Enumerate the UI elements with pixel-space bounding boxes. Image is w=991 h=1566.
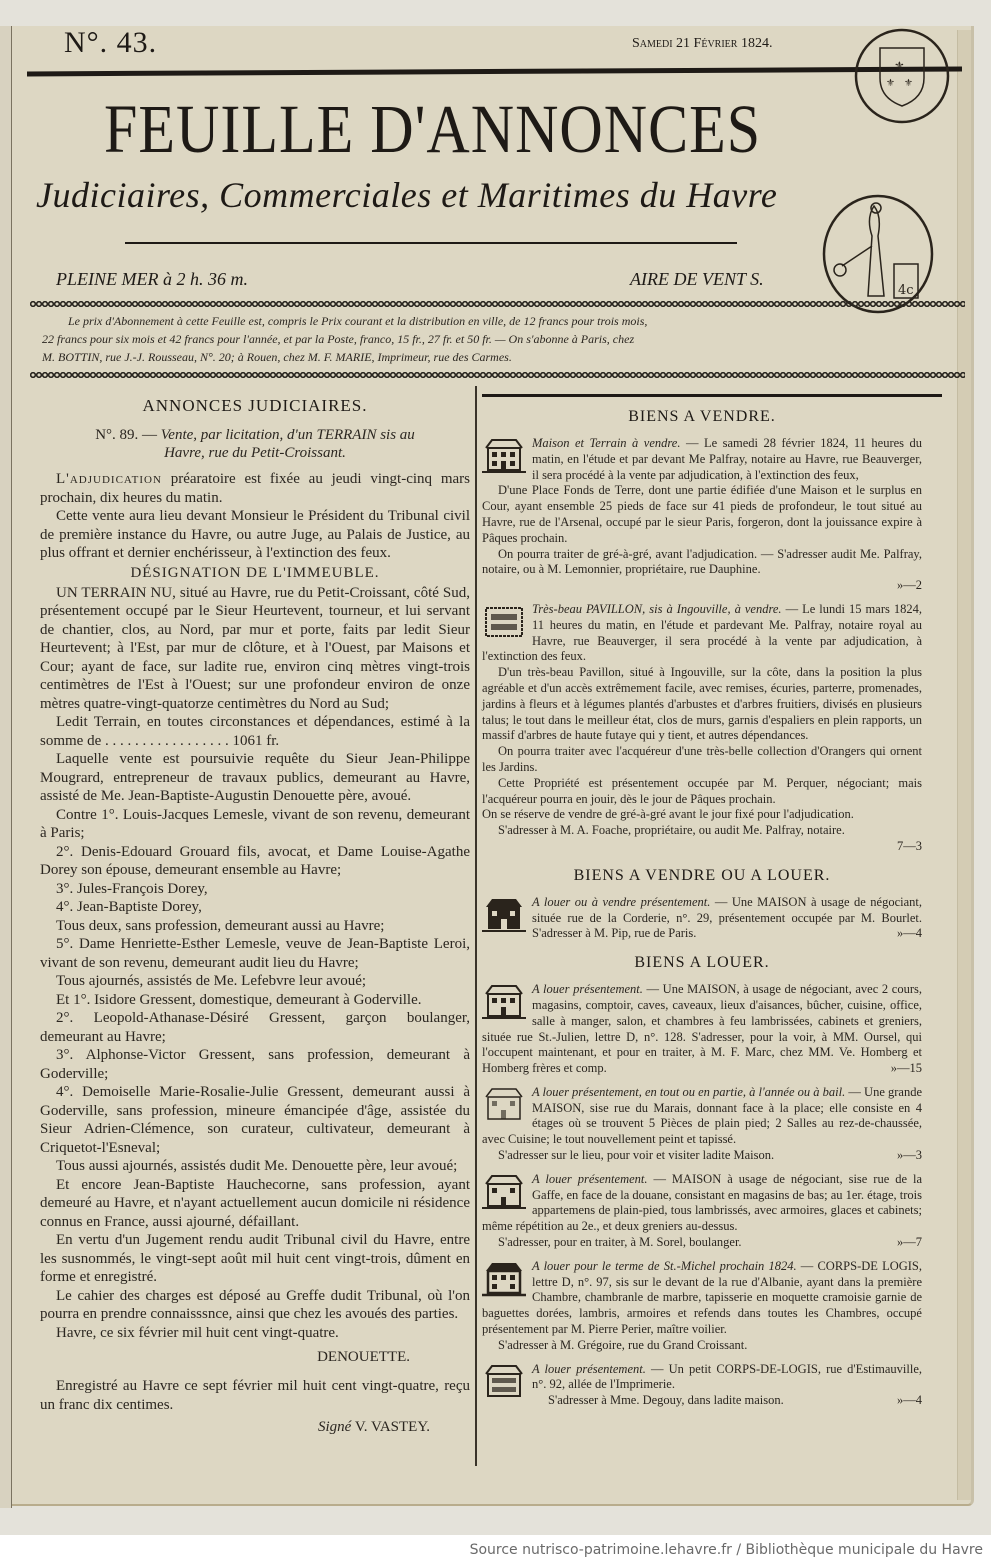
house-icon [482,1085,526,1125]
svg-text:⚜: ⚜ [886,78,895,89]
high-tide-time: PLEINE MER à 2 h. 36 m. [56,269,248,290]
section-title-for-rent: BIENS A LOUER. [482,954,922,972]
house-icon [482,1259,526,1299]
property-ad: A louer présentement. — Un petit CORPS-D… [482,1362,922,1409]
ad-reference: »—15 [883,1061,922,1077]
adjudication-paragraph: L'adjudication préaratoire est fixée au … [40,470,470,507]
house-icon [482,1362,526,1402]
subscription-notice: Le prix d'Abonnement à cette Feuille est… [42,312,947,366]
section-title-for-sale: BIENS A VENDRE. [482,408,922,426]
section-title-sale-or-rent: BIENS A VENDRE OU A LOUER. [482,867,922,885]
party-paragraph: 5°. Dame Henriette-Esther Lemesle, veuve… [40,935,470,972]
house-icon [482,602,526,642]
party-paragraph: Et encore Jean-Baptiste Hauchecorne, san… [40,1176,470,1232]
property-ad: A louer présentement. — MAISON à usage d… [482,1172,922,1251]
masthead-subtitle: Judiciaires, Commerciales et Maritimes d… [36,174,777,216]
ad-reference: »—7 [873,1235,922,1251]
designation-paragraph: UN TERRAIN NU, situé au Havre, rue du Pe… [40,584,470,714]
ad-reference: »—4 [873,1393,922,1409]
ad-reference: »—4 [889,926,922,942]
ad-reference: 7—3 [889,839,922,855]
party-paragraph: 2°. Leopold-Athanase-Désiré Gressent, ga… [40,1009,470,1046]
party-paragraph: Et 1°. Isidore Gressent, domestique, dem… [40,991,470,1010]
party-paragraph: Tous aussi ajournés, assistés dudit Me. … [40,1157,470,1176]
party-paragraph: 3°. Jules-François Dorey, [40,880,470,899]
signed-name: V. VASTEY. [355,1419,430,1435]
subscription-line: M. BOTTIN, rue J.-J. Rousseau, N°. 20; à… [42,348,947,366]
signed-label: Signé [318,1419,351,1435]
party-paragraph: 4°. Demoiselle Marie-Rosalie-Julie Gress… [40,1083,470,1157]
svg-text:4c: 4c [898,283,914,298]
ad-reference: »—3 [873,1148,922,1164]
property-ad: A louer pour le terme de St.-Michel proc… [482,1259,922,1354]
header-rule [27,67,962,77]
property-ad: Maison et Terrain à vendre. — Le samedi … [482,436,922,594]
property-ad: A louer ou à vendre présentement. — Une … [482,895,922,942]
wind-direction: AIRE DE VENT S. [630,269,764,290]
property-ad: A louer présentement, en tout ou en part… [482,1085,922,1164]
ad-reference: »—2 [889,578,922,594]
registration-paragraph: Enregistré au Havre ce sept février mil … [40,1377,470,1414]
decorative-border-top [30,301,965,308]
party-paragraph: Tous deux, sans profession, demeurant au… [40,917,470,936]
page-right-edge [957,30,971,1500]
judicial-announcements-column: ANNONCES JUDICIAIRES. N°. 89. — Vente, p… [40,376,470,1437]
house-icon [482,895,526,935]
dateline-paragraph: Havre, ce six février mil huit cent ving… [40,1324,470,1343]
house-icon [482,436,526,476]
source-credit: Source nutrisco-patrimoine.lehavre.fr / … [470,1542,983,1558]
issue-date: Samedi 21 Février 1824. [632,36,772,52]
property-ad: A louer présentement. — Une MAISON, à us… [482,982,922,1077]
announcement-heading-2: Havre, rue du Petit-Croissant. [164,445,346,461]
masthead-title: FEUILLE D'ANNONCES [104,90,761,169]
tax-stamp-top-icon: ⚜ ⚜ ⚜ [842,26,962,128]
party-paragraph: Tous ajournés, assistés de Me. Lefebvre … [40,972,470,991]
house-icon [482,1172,526,1212]
valuation-paragraph: Ledit Terrain, en toutes circonstances e… [40,713,470,750]
column-divider [475,386,477,1466]
subscription-line: 22 francs pour six mois et 42 francs pou… [42,330,947,348]
signature: DENOUETTE. [40,1348,470,1367]
section-title-judicial: ANNONCES JUDICIAIRES. [40,396,470,416]
venue-paragraph: Cette vente aura lieu devant Monsieur le… [40,507,470,563]
adjacent-page-edge [0,26,12,1508]
party-paragraph: Laquelle vente est poursuivie requête du… [40,750,470,806]
svg-text:⚜: ⚜ [894,59,905,73]
issue-number: N°. 43. [64,26,157,60]
party-paragraph: 3°. Alphonse-Victor Gressent, sans profe… [40,1046,470,1083]
royal-stamp-icon: 4c [812,186,940,314]
charges-paragraph: Le cahier des charges est déposé au Gref… [40,1287,470,1324]
signed-line: Signé V. VASTEY. [40,1418,470,1437]
property-ads-column: BIENS A VENDRE. Maison et Terrain à vend… [482,396,922,1417]
party-paragraph: 4°. Jean-Baptiste Dorey, [40,898,470,917]
svg-text:⚜: ⚜ [904,78,913,89]
judgment-paragraph: En vertu d'un Jugement rendu audit Tribu… [40,1231,470,1287]
house-icon [482,982,526,1022]
subtitle-rule [125,242,737,244]
announcement-heading-1: Vente, par licitation, d'un TERRAIN sis … [161,427,415,443]
property-ad: Très-beau PAVILLON, sis à Ingouville, à … [482,602,922,855]
designation-title: DÉSIGNATION DE L'IMMEUBLE. [40,565,470,582]
newspaper-page: N°. 43. Samedi 21 Février 1824. ⚜ ⚜ ⚜ FE… [12,26,974,1506]
party-paragraph: 2°. Denis-Edouard Grouard fils, avocat, … [40,843,470,880]
announcement-number: N°. 89. — [95,427,157,443]
announcement-lead: N°. 89. — Vente, par licitation, d'un TE… [40,426,470,462]
party-paragraph: Contre 1°. Louis-Jacques Lemesle, vivant… [40,806,470,843]
subscription-line: Le prix d'Abonnement à cette Feuille est… [42,312,947,330]
